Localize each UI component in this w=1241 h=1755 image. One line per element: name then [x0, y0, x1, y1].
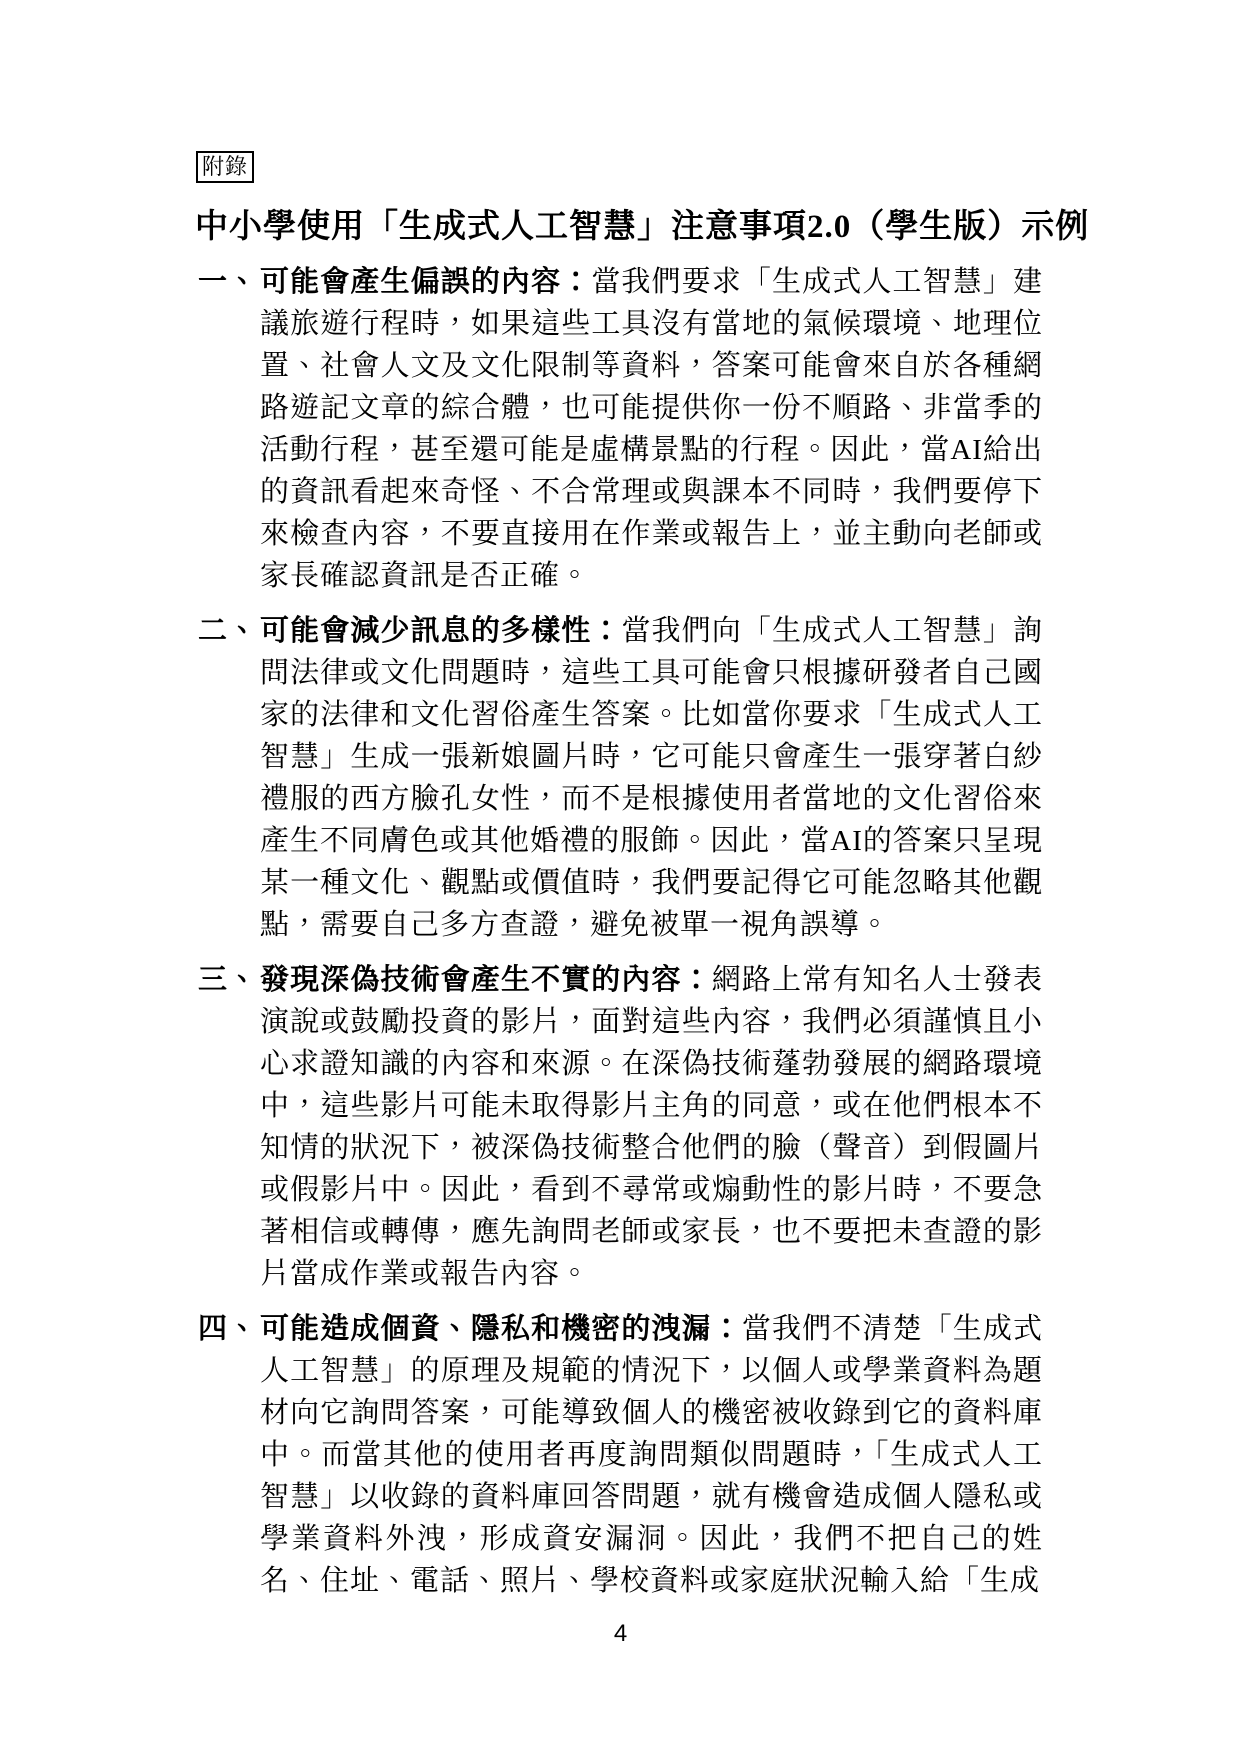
section-number: 一、	[198, 261, 258, 303]
guideline-section-2: 二、可能會減少訊息的多樣性：當我們向「生成式人工智慧」詢問法律或文化問題時，這些…	[198, 610, 1043, 946]
document-page: 附錄 中小學使用「生成式人工智慧」注意事項2.0（學生版）示例 一、可能會產生偏…	[0, 0, 1241, 1755]
section-body: 網路上常有知名人士發表演說或鼓勵投資的影片，面對這些內容，我們必須謹慎且小心求證…	[260, 964, 1043, 1290]
section-heading: 可能造成個資、隱私和機密的洩漏：	[260, 1313, 742, 1345]
page-title: 中小學使用「生成式人工智慧」注意事項2.0（學生版）示例	[195, 200, 1089, 247]
section-heading: 可能會減少訊息的多樣性：	[260, 615, 621, 647]
section-number: 二、	[198, 610, 258, 652]
guidelines-list: 一、可能會產生偏誤的內容：當我們要求「生成式人工智慧」建議旅遊行程時，如果這些工…	[198, 261, 1043, 1615]
section-heading: 可能會產生偏誤的內容：	[260, 266, 591, 298]
section-number: 四、	[198, 1308, 258, 1350]
section-heading: 發現深偽技術會產生不實的內容：	[260, 964, 712, 996]
section-body: 當我們不清楚「生成式人工智慧」的原理及規範的情況下，以個人或學業資料為題材向它詢…	[260, 1313, 1043, 1597]
guideline-section-1: 一、可能會產生偏誤的內容：當我們要求「生成式人工智慧」建議旅遊行程時，如果這些工…	[198, 261, 1043, 597]
page-number: 4	[0, 1620, 1241, 1648]
guideline-section-3: 三、發現深偽技術會產生不實的內容：網路上常有知名人士發表演說或鼓勵投資的影片，面…	[198, 959, 1043, 1295]
section-body: 當我們要求「生成式人工智慧」建議旅遊行程時，如果這些工具沒有當地的氣候環境、地理…	[260, 266, 1043, 592]
section-body: 當我們向「生成式人工智慧」詢問法律或文化問題時，這些工具可能會只根據研發者自己國…	[260, 615, 1043, 941]
section-number: 三、	[198, 959, 258, 1001]
guideline-section-4: 四、可能造成個資、隱私和機密的洩漏：當我們不清楚「生成式人工智慧」的原理及規範的…	[198, 1308, 1043, 1602]
appendix-label: 附錄	[196, 151, 254, 183]
